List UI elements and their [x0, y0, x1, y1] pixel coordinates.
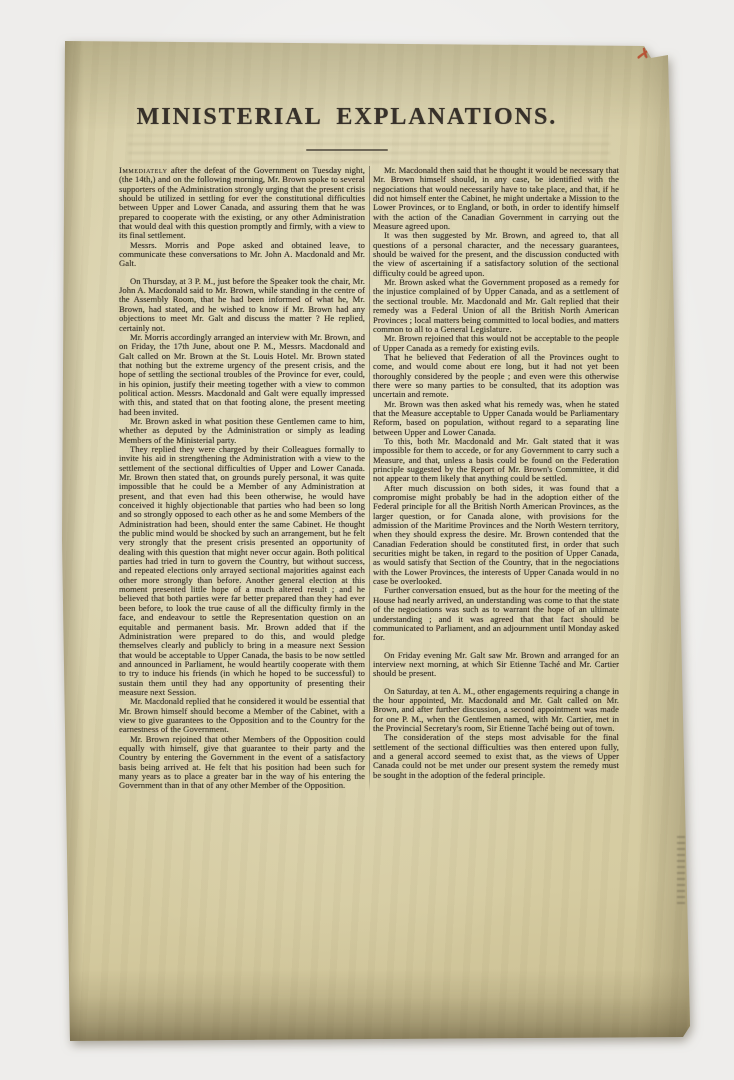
paragraph: Mr. Brown asked in what position these G…: [119, 417, 365, 445]
red-crayon-mark: ✗: [634, 42, 655, 67]
paper-fold-shadow: [64, 998, 688, 1042]
paragraph: Mr. Brown asked what the Government prop…: [373, 278, 619, 334]
margin-pencil-marks: [677, 836, 685, 908]
text-body: Immediately after the defeat of the Gove…: [119, 166, 620, 791]
paragraph: They replied they were charged by their …: [119, 445, 365, 697]
paragraph: That he believed that Federation of all …: [373, 353, 619, 400]
paragraph: Mr. Brown rejoined that this would not b…: [373, 334, 619, 353]
paragraph: Further conversation ensued, but as the …: [373, 586, 619, 642]
paragraph: To this, both Mr. Macdonald and Mr. Galt…: [373, 437, 619, 484]
title-divider-rule: [306, 149, 388, 151]
paragraph: It was then suggested by Mr. Brown, and …: [373, 231, 619, 278]
paragraph: On Thursday, at 3 P. M., just before the…: [119, 277, 365, 333]
text-column-left: Immediately after the defeat of the Gove…: [119, 166, 365, 791]
paragraph: Messrs. Morris and Pope asked and obtain…: [119, 241, 365, 269]
paragraph: On Saturday, at ten A. M., other engagem…: [373, 687, 619, 734]
paragraph: Mr. Brown rejoined that other Members of…: [119, 735, 365, 791]
column-divider-rule: [369, 166, 370, 791]
small-caps-lead-word: Immediately: [119, 165, 168, 175]
scanned-document: MINISTERIAL EXPLANATIONS. Immediately af…: [0, 0, 734, 1080]
paragraph: Mr. Morris accordingly arranged an inter…: [119, 333, 365, 417]
paragraph: Mr. Macdonald replied that he considered…: [119, 697, 365, 734]
paper-sheet: MINISTERIAL EXPLANATIONS. Immediately af…: [0, 0, 734, 1080]
paragraph: The consideration of the steps most advi…: [373, 733, 619, 780]
document-title: MINISTERIAL EXPLANATIONS.: [97, 104, 597, 131]
paragraph: On Friday evening Mr. Galt saw Mr. Brown…: [373, 651, 619, 679]
paragraph: Immediately after the defeat of the Gove…: [119, 166, 365, 241]
paragraph: Mr. Macdonald then said that he thought …: [373, 166, 619, 231]
text-column-right: Mr. Macdonald then said that he thought …: [373, 166, 619, 780]
paragraph: Mr. Brown was then asked what his remedy…: [373, 400, 619, 437]
paragraph: After much discussion on both sides, it …: [373, 484, 619, 587]
